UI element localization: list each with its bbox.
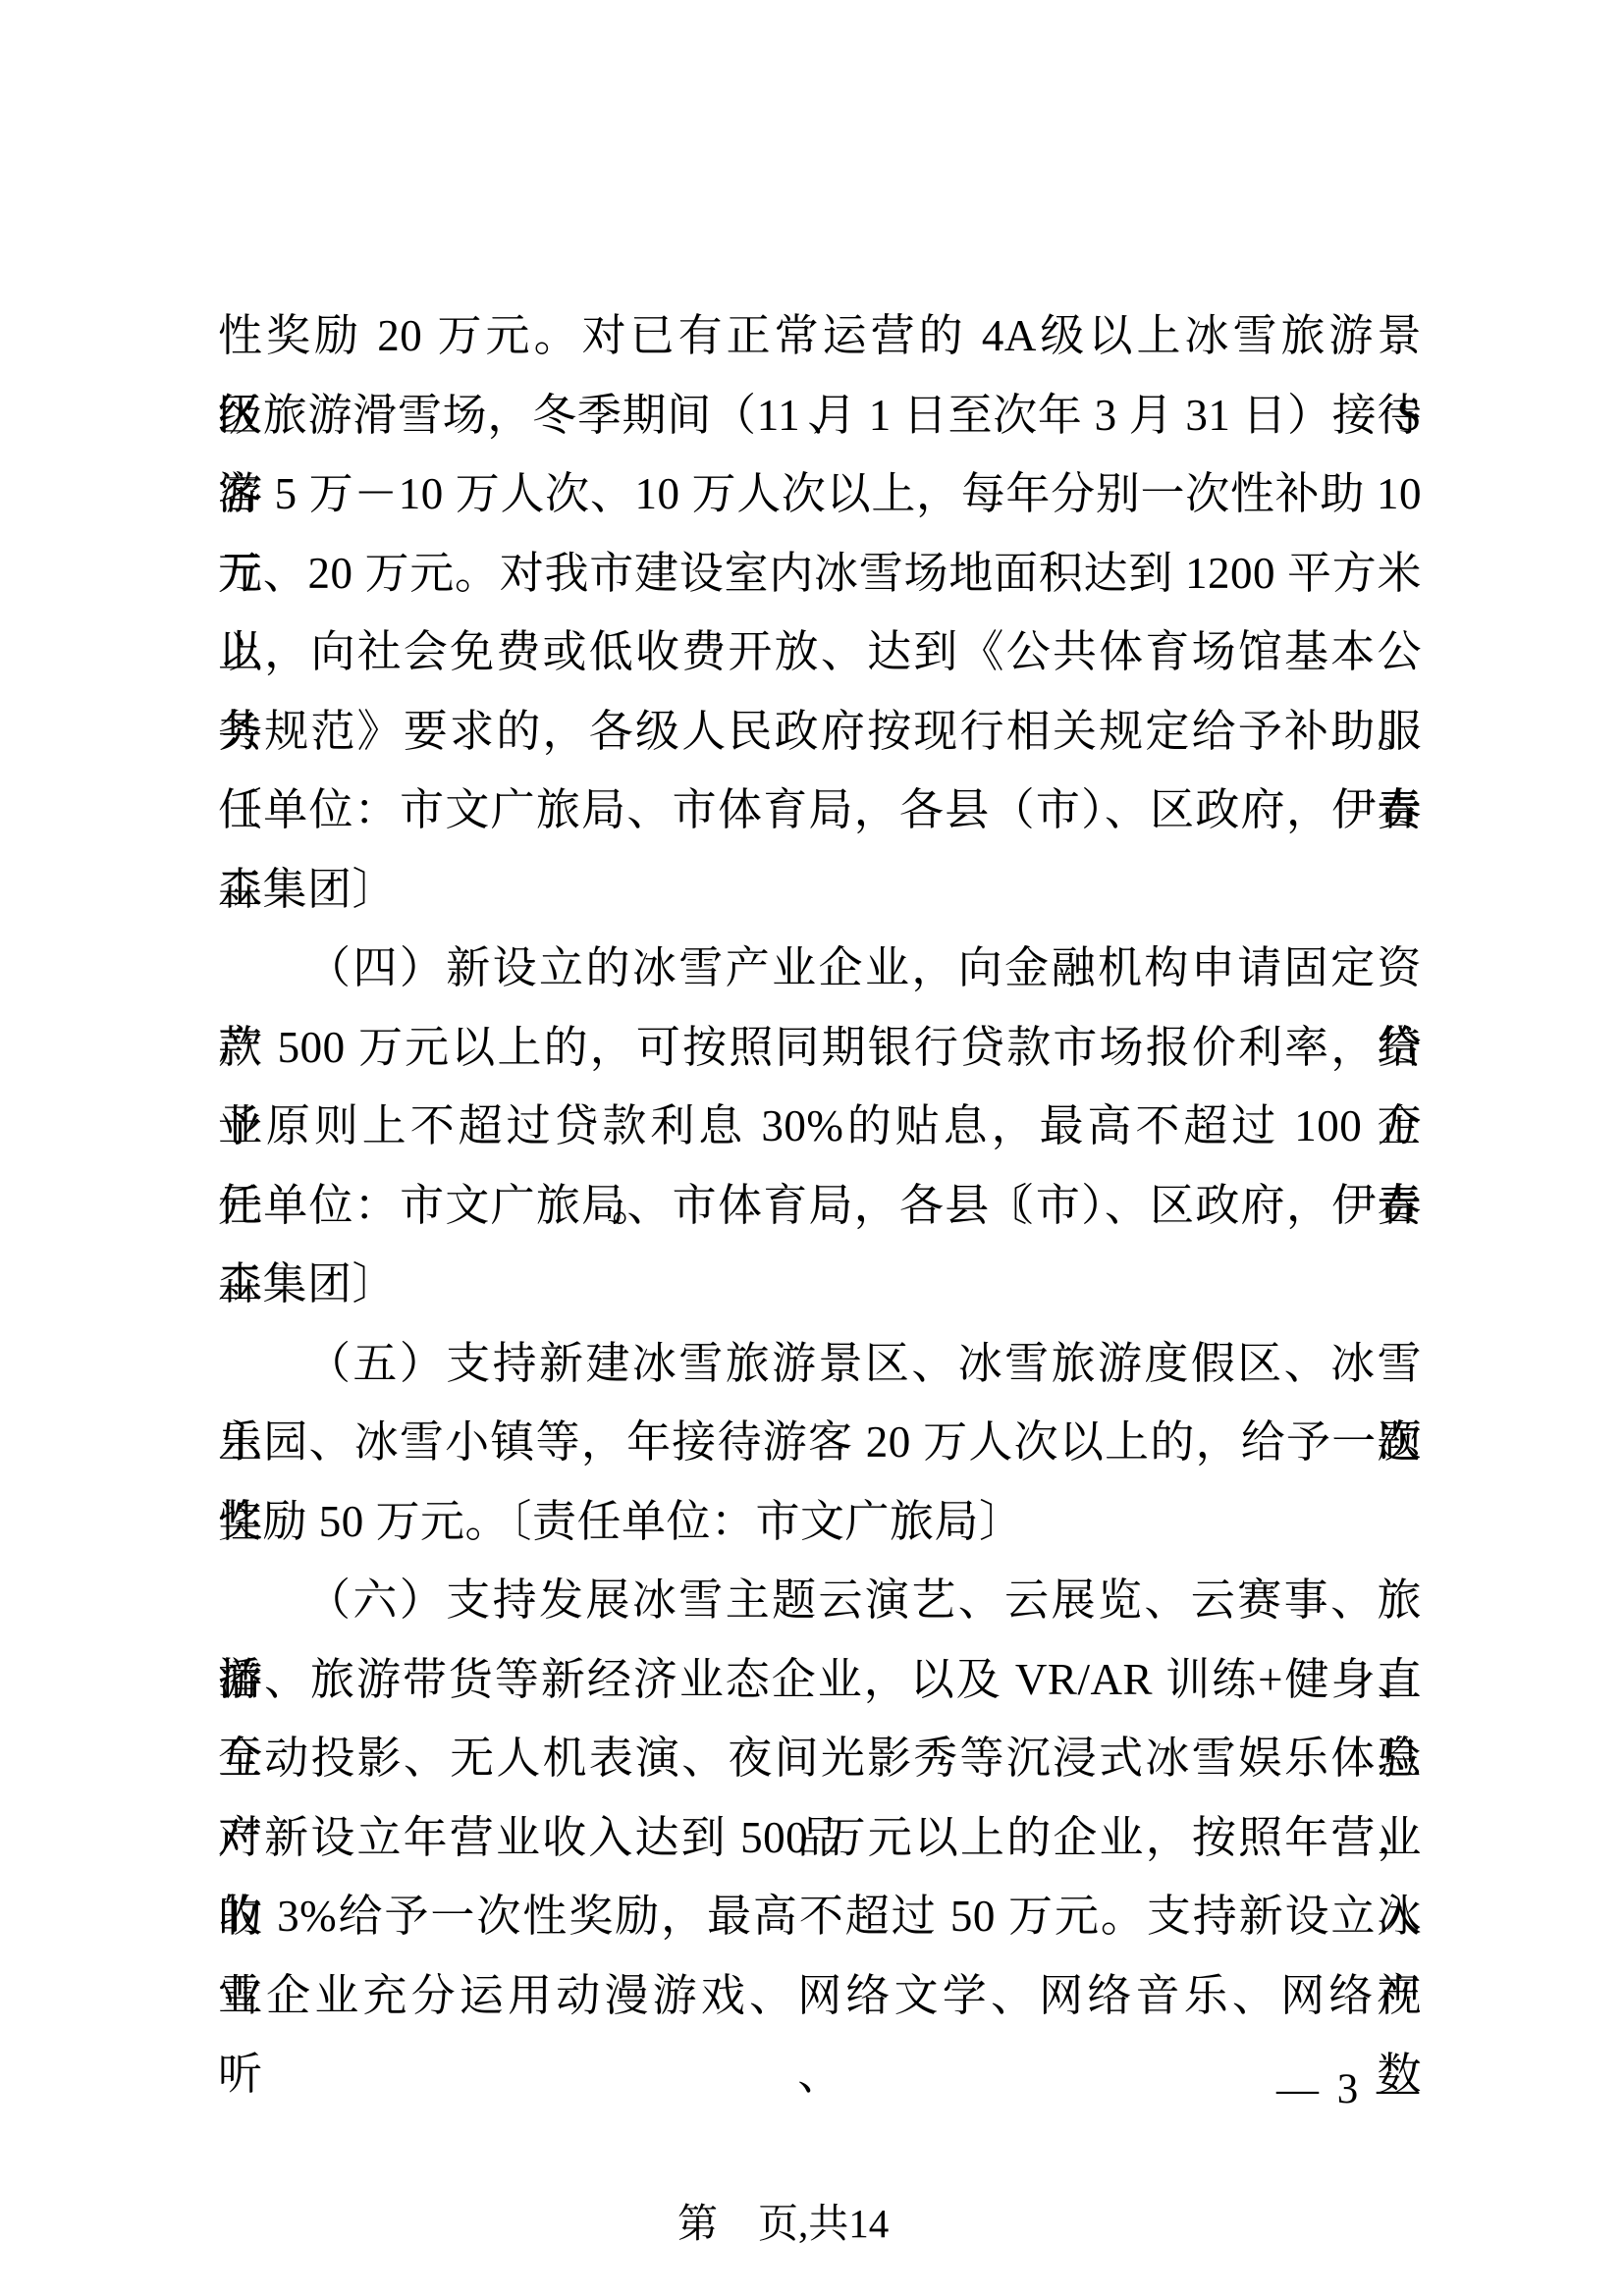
text-line: 工集团〕 (218, 850, 1422, 930)
page-number: — 3 — (1276, 2064, 1423, 2115)
text-line: 性奖励 20 万元。对已有正常运营的 4A级以上冰雪旅游景区、S (218, 296, 1422, 376)
text-line-paragraph-start: （六）支持发展冰雪主题云演艺、云展览、云赛事、旅游直 (218, 1561, 1422, 1640)
document-page: 性奖励 20 万元。对已有正常运营的 4A级以上冰雪旅游景区、S 级旅游滑雪场，… (0, 0, 1624, 2296)
text-line: 播、旅游带货等新经济业态企业，以及 VR/AR 训练+健身、全息 (218, 1640, 1422, 1720)
text-line: 元、20 万元。对我市建设室内冰雪场地面积达到 1200 平方米以 (218, 534, 1422, 614)
text-line: 级旅游滑雪场，冬季期间（11 月 1 日至次年 3 月 31 日）接待游 (218, 376, 1422, 455)
text-line: 任单位：市文广旅局、市体育局，各县（市）、区政府，伊春森 (218, 1166, 1422, 1246)
text-line: 对新设立年营业收入达到 500 万元以上的企业，按照年营业收入 (218, 1798, 1422, 1878)
text-line: 上，向社会免费或低收费开放、达到《公共体育场馆基本公共服 (218, 613, 1422, 692)
text-line: 款 500 万元以上的，可按照同期银行贷款市场报价利率，给予企 (218, 1008, 1422, 1088)
text-line: 务规范》要求的，各级人民政府按现行相关规定给予补助。〔责 (218, 692, 1422, 772)
text-line: 工集团〕 (218, 1245, 1422, 1324)
text-line: 业原则上不超过贷款利息 30%的贴息，最高不超过 100 万元。〔责 (218, 1087, 1422, 1166)
text-line: 客 5 万－10 万人次、10 万人次以上，每年分别一次性补助 10 万 (218, 454, 1422, 534)
text-line: 奖励 50 万元。〔责任单位：市文广旅局〕 (218, 1482, 1422, 1562)
text-line: 乐园、冰雪小镇等，年接待游客 20 万人次以上的，给予一次性 (218, 1403, 1422, 1482)
text-line: 任单位：市文广旅局、市体育局，各县（市）、区政府，伊春森 (218, 771, 1422, 850)
document-body: 性奖励 20 万元。对已有正常运营的 4A级以上冰雪旅游景区、S 级旅游滑雪场，… (218, 296, 1422, 2035)
text-line: 互动投影、无人机表演、夜间光影秀等沉浸式冰雪娱乐体验产品， (218, 1719, 1422, 1798)
text-line-paragraph-start: （四）新设立的冰雪产业企业，向金融机构申请固定资产贷 (218, 929, 1422, 1008)
text-line: 业企业充分运用动漫游戏、网络文学、网络音乐、网络视听、数 (218, 1956, 1422, 2036)
footer-page-indicator: 第 页,共14 (677, 2199, 889, 2248)
text-line: 的 3%给予一次性奖励，最高不超过 50 万元。支持新设立冰雪产 (218, 1877, 1422, 1956)
text-line-paragraph-start: （五）支持新建冰雪旅游景区、冰雪旅游度假区、冰雪主题 (218, 1324, 1422, 1404)
